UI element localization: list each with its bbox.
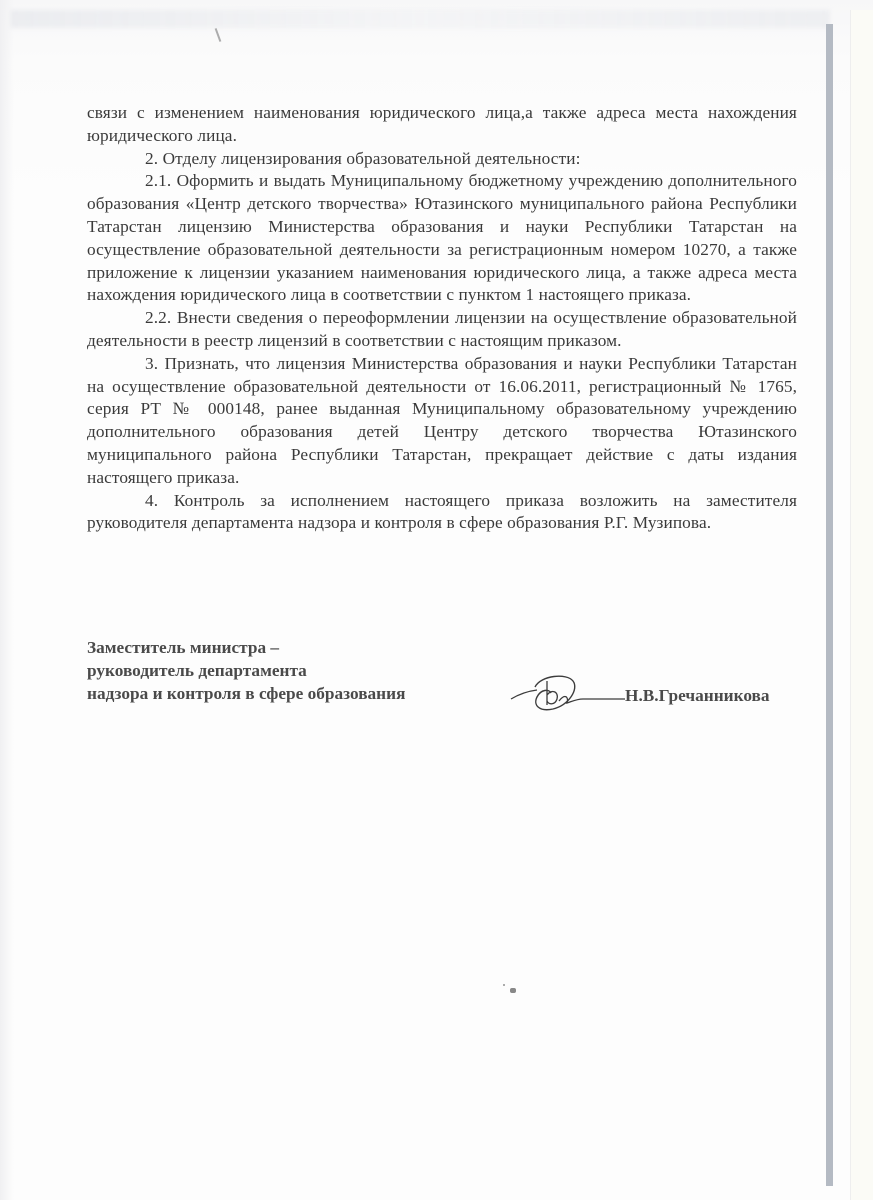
scan-right-border (826, 24, 833, 1186)
signature-block: Заместитель министра – руководитель депа… (87, 637, 797, 717)
scan-smudge (10, 10, 830, 28)
document-body: связи с изменением наименования юридичес… (87, 102, 797, 535)
paragraph-continuation: связи с изменением наименования юридичес… (87, 102, 797, 148)
scan-speck (510, 988, 516, 993)
paragraph-item-2: 2. Отделу лицензирования образовательной… (87, 148, 797, 171)
scan-left-edge (0, 0, 14, 1200)
signatory-title-line-1: Заместитель министра – (87, 637, 797, 660)
scan-mark (215, 28, 222, 42)
signatory-title-line-2: руководитель департамента (87, 660, 797, 683)
signatory-name: Н.В.Гречанникова (625, 685, 770, 708)
scan-right-strip (850, 10, 873, 1200)
paragraph-item-3: 3. Признать, что лицензия Министерства о… (87, 353, 797, 490)
paragraph-item-4: 4. Контроль за исполнением настоящего пр… (87, 490, 797, 536)
handwritten-signature-icon (507, 667, 627, 717)
paragraph-item-2-1: 2.1. Оформить и выдать Муниципальному бю… (87, 170, 797, 307)
scan-speck (503, 984, 505, 986)
paragraph-item-2-2: 2.2. Внести сведения о переоформлении ли… (87, 307, 797, 353)
scanned-page: связи с изменением наименования юридичес… (0, 0, 873, 1200)
